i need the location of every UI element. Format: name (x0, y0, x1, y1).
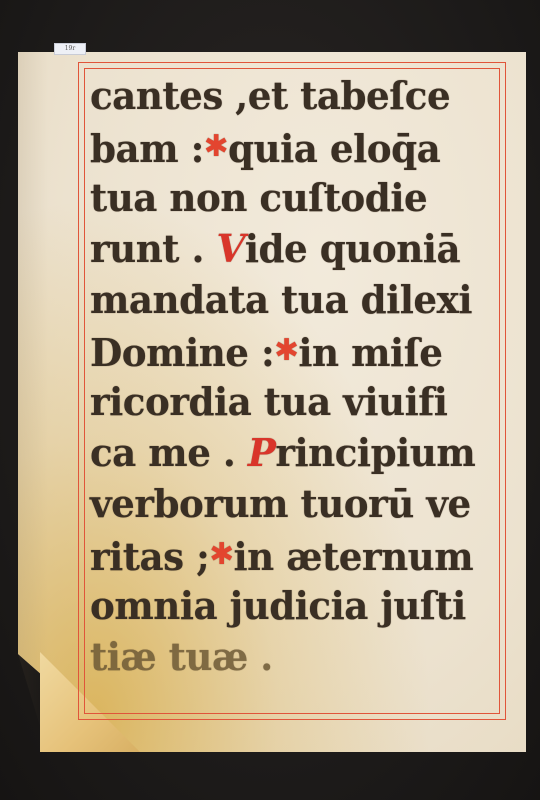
text-segment: cantes ,et tabeſce (90, 73, 450, 118)
text-line: mandata tua dilexi (90, 274, 492, 325)
text-line: Domine :✱in miſe (90, 325, 492, 376)
red-asterisk-icon: ✱ (209, 537, 233, 572)
text-segment: in miſe (298, 330, 442, 375)
text-line: tua non cuſtodie (90, 172, 492, 223)
text-line: cantes ,et tabeſce (90, 70, 492, 121)
text-line: omnia judicia juſti (90, 580, 492, 631)
manuscript-text: cantes ,et tabeſce bam :✱quia eloq̄a tua… (90, 70, 500, 682)
text-segment: Domine : (90, 330, 274, 375)
text-line: ritas ;✱in æternum (90, 529, 492, 580)
text-line: ricordia tua viuifi (90, 376, 492, 427)
text-segment: in æternum (233, 534, 473, 579)
text-segment: verborum tuorū ve (90, 481, 471, 526)
text-segment: tiæ tuæ . (90, 634, 273, 679)
text-line: ca me . Principium (90, 427, 492, 478)
red-asterisk-icon: ✱ (204, 129, 228, 164)
red-initial-p: P (248, 430, 276, 475)
text-segment: tua non cuſtodie (90, 175, 427, 220)
text-segment: ide quoniā (245, 226, 460, 271)
text-line: verborum tuorū ve (90, 478, 492, 529)
text-segment: mandata tua dilexi (90, 277, 472, 322)
text-segment: omnia judicia juſti (90, 583, 466, 628)
text-line: tiæ tuæ . (90, 631, 492, 682)
text-segment: ca me . (90, 430, 235, 475)
red-asterisk-icon: ✱ (274, 333, 298, 368)
text-segment: runt . (90, 226, 204, 271)
text-line: runt . Vide quoniā (90, 223, 492, 274)
text-line: bam :✱quia eloq̄a (90, 121, 492, 172)
text-segment: quia eloq̄a (228, 126, 440, 171)
text-segment: ritas ; (90, 534, 209, 579)
text-segment: rincipium (275, 430, 475, 475)
text-segment: ricordia tua viuifi (90, 379, 447, 424)
folio-label: 19r (54, 43, 86, 55)
text-segment: bam : (90, 126, 204, 171)
red-initial-v: V (216, 226, 244, 271)
